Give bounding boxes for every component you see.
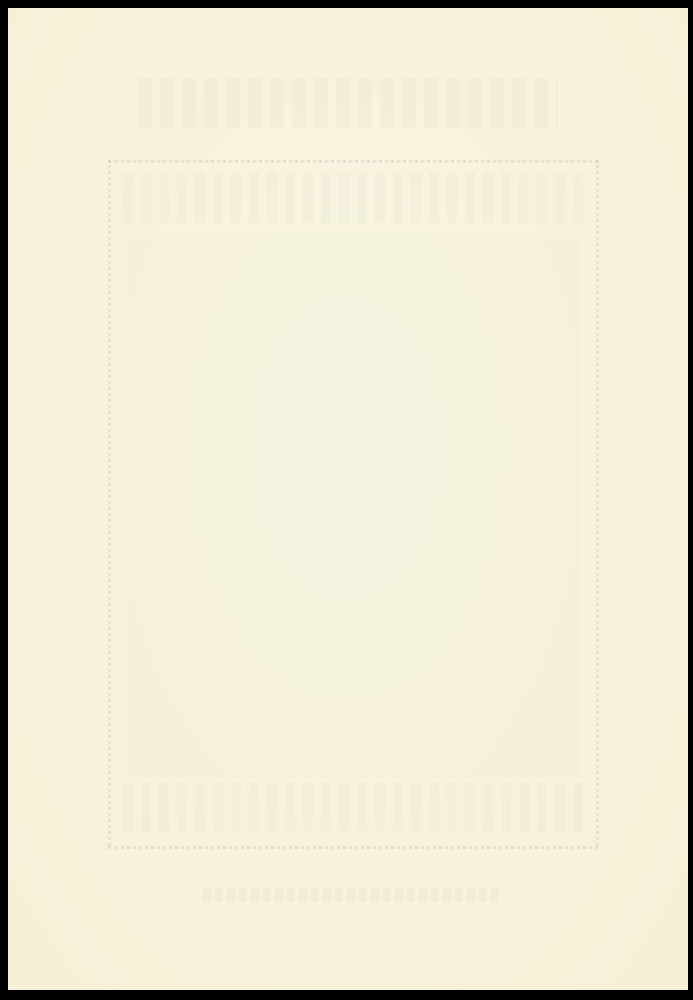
show-through-stamp-image (126, 233, 581, 778)
show-through-bottom-inscription (123, 783, 583, 833)
stamp-sheet-back: reverse side of a perforated stamp souve… (8, 8, 688, 990)
perforation-top (108, 160, 598, 163)
perforation-bottom (108, 846, 598, 849)
perforation-left (108, 160, 111, 846)
show-through-top-inscription (123, 173, 583, 223)
show-through-title (138, 78, 558, 128)
show-through-caption (203, 888, 503, 902)
perforation-right (596, 160, 599, 846)
